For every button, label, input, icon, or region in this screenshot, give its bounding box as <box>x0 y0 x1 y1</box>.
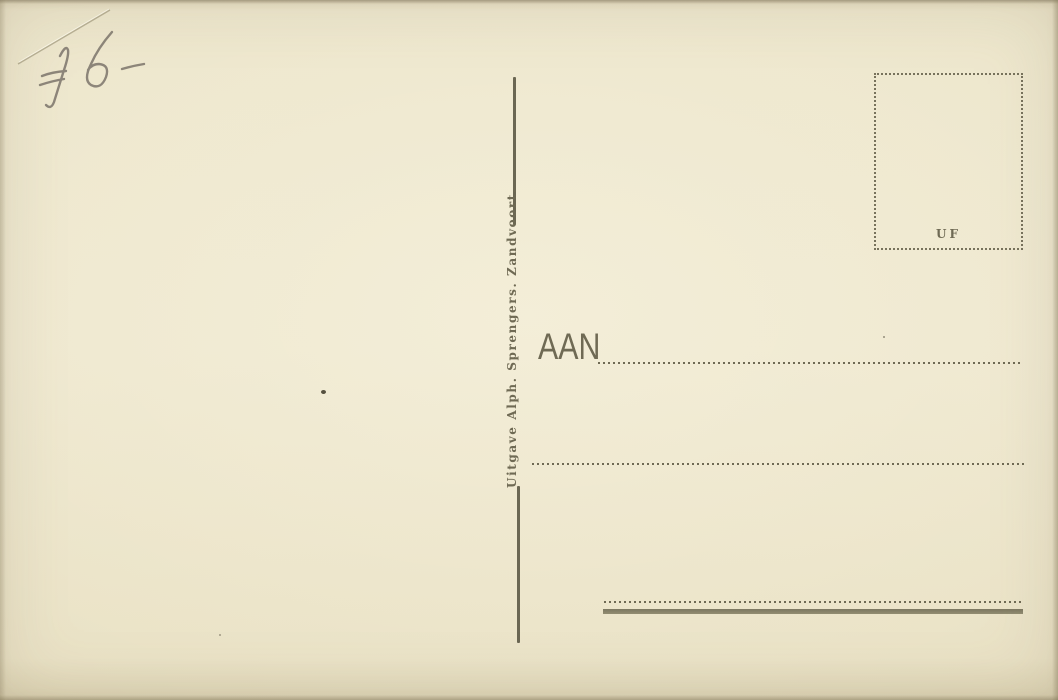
stamp-box-label: UF <box>876 227 1021 241</box>
paper-edge-top <box>0 0 1058 4</box>
bottom-solid-bar <box>603 609 1023 614</box>
address-dotted-line-2 <box>532 463 1027 465</box>
address-to-label: AAN <box>538 329 600 365</box>
bottom-dotted-line <box>604 601 1022 603</box>
pencil-price-handwriting <box>26 22 162 118</box>
paper-speck <box>321 390 326 394</box>
publisher-imprint: Uitgave Alph. Sprengers. Zandvoort. <box>501 226 523 488</box>
postcard-back: Uitgave Alph. Sprengers. Zandvoort. UF A… <box>0 0 1058 700</box>
address-dotted-line-1 <box>598 362 1022 364</box>
divider-line-bottom <box>517 486 520 643</box>
stamp-box: UF <box>874 73 1023 250</box>
paper-speck <box>219 634 221 636</box>
paper-edge-left <box>0 0 6 700</box>
paper-edge-right <box>1052 0 1058 700</box>
paper-edge-bottom <box>0 695 1058 700</box>
paper-speck <box>883 336 885 338</box>
